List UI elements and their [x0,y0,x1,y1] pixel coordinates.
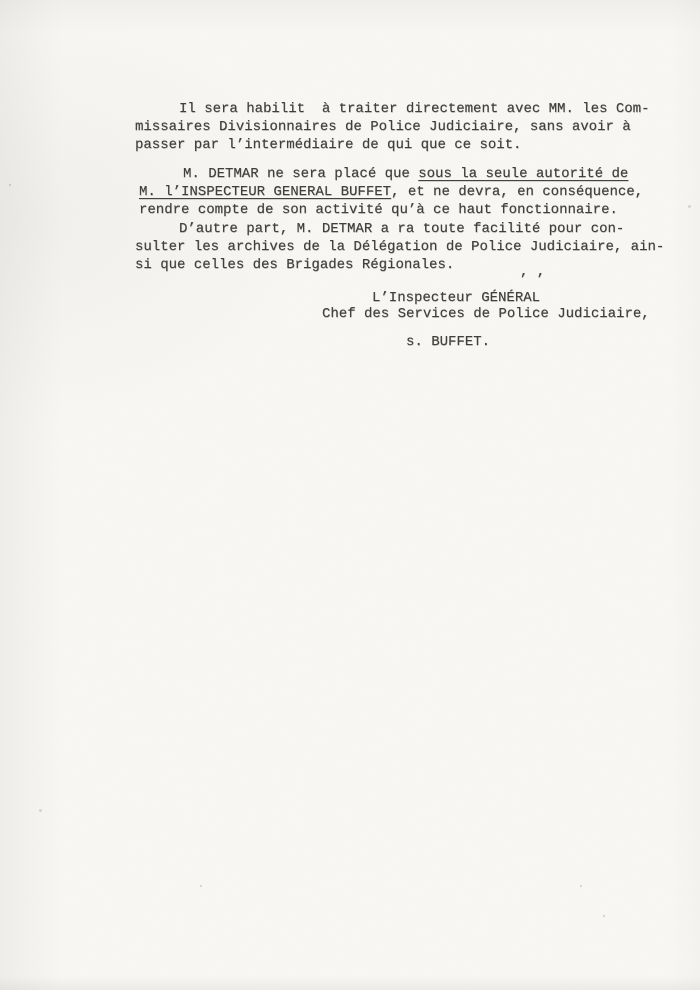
paragraph-3: D’autre part, M. DETMAR a ra toute facil… [135,220,664,274]
p1-line3: passer par l’intermédiaire de qui que ce… [135,136,649,154]
signature-name: s. BUFFET. [406,333,490,351]
p2-line2: M. l’INSPECTEUR GENERAL BUFFET, et ne de… [139,183,643,201]
p1-line2: missaires Divisionnaires de Police Judic… [135,118,649,136]
scanned-document-page: Il sera habilit à traiter directement av… [0,0,700,990]
p2-line3: rendre compte de son activité qu’à ce ha… [139,201,643,219]
p1-line1: Il sera habilit à traiter directement av… [135,100,649,118]
underlined-phrase-authority: sous la seule autorité de [418,166,628,182]
p3-line3: si que celles des Brigades Régionales. [135,256,664,274]
p2-line1: M. DETMAR ne sera placé que sous la seul… [139,165,643,183]
p3-line1: D’autre part, M. DETMAR a ra toute facil… [135,220,664,238]
signature-role-line: Chef des Services de Police Judiciaire, [322,305,650,323]
signature-typed-accents: ’ ’ [519,271,544,289]
paragraph-2: M. DETMAR ne sera placé que sous la seul… [139,165,643,219]
paragraph-1: Il sera habilit à traiter directement av… [135,100,649,154]
p2-line1-plain: M. DETMAR ne sera placé que [183,166,418,182]
underlined-phrase-inspector: M. l’INSPECTEUR GENERAL BUFFET [139,184,391,200]
letter-text: Il sera habilit à traiter directement av… [0,0,700,990]
p3-line2: sulter les archives de la Délégation de … [135,238,664,256]
p2-line2-plain: , et ne devra, en conséquence, [391,184,643,200]
